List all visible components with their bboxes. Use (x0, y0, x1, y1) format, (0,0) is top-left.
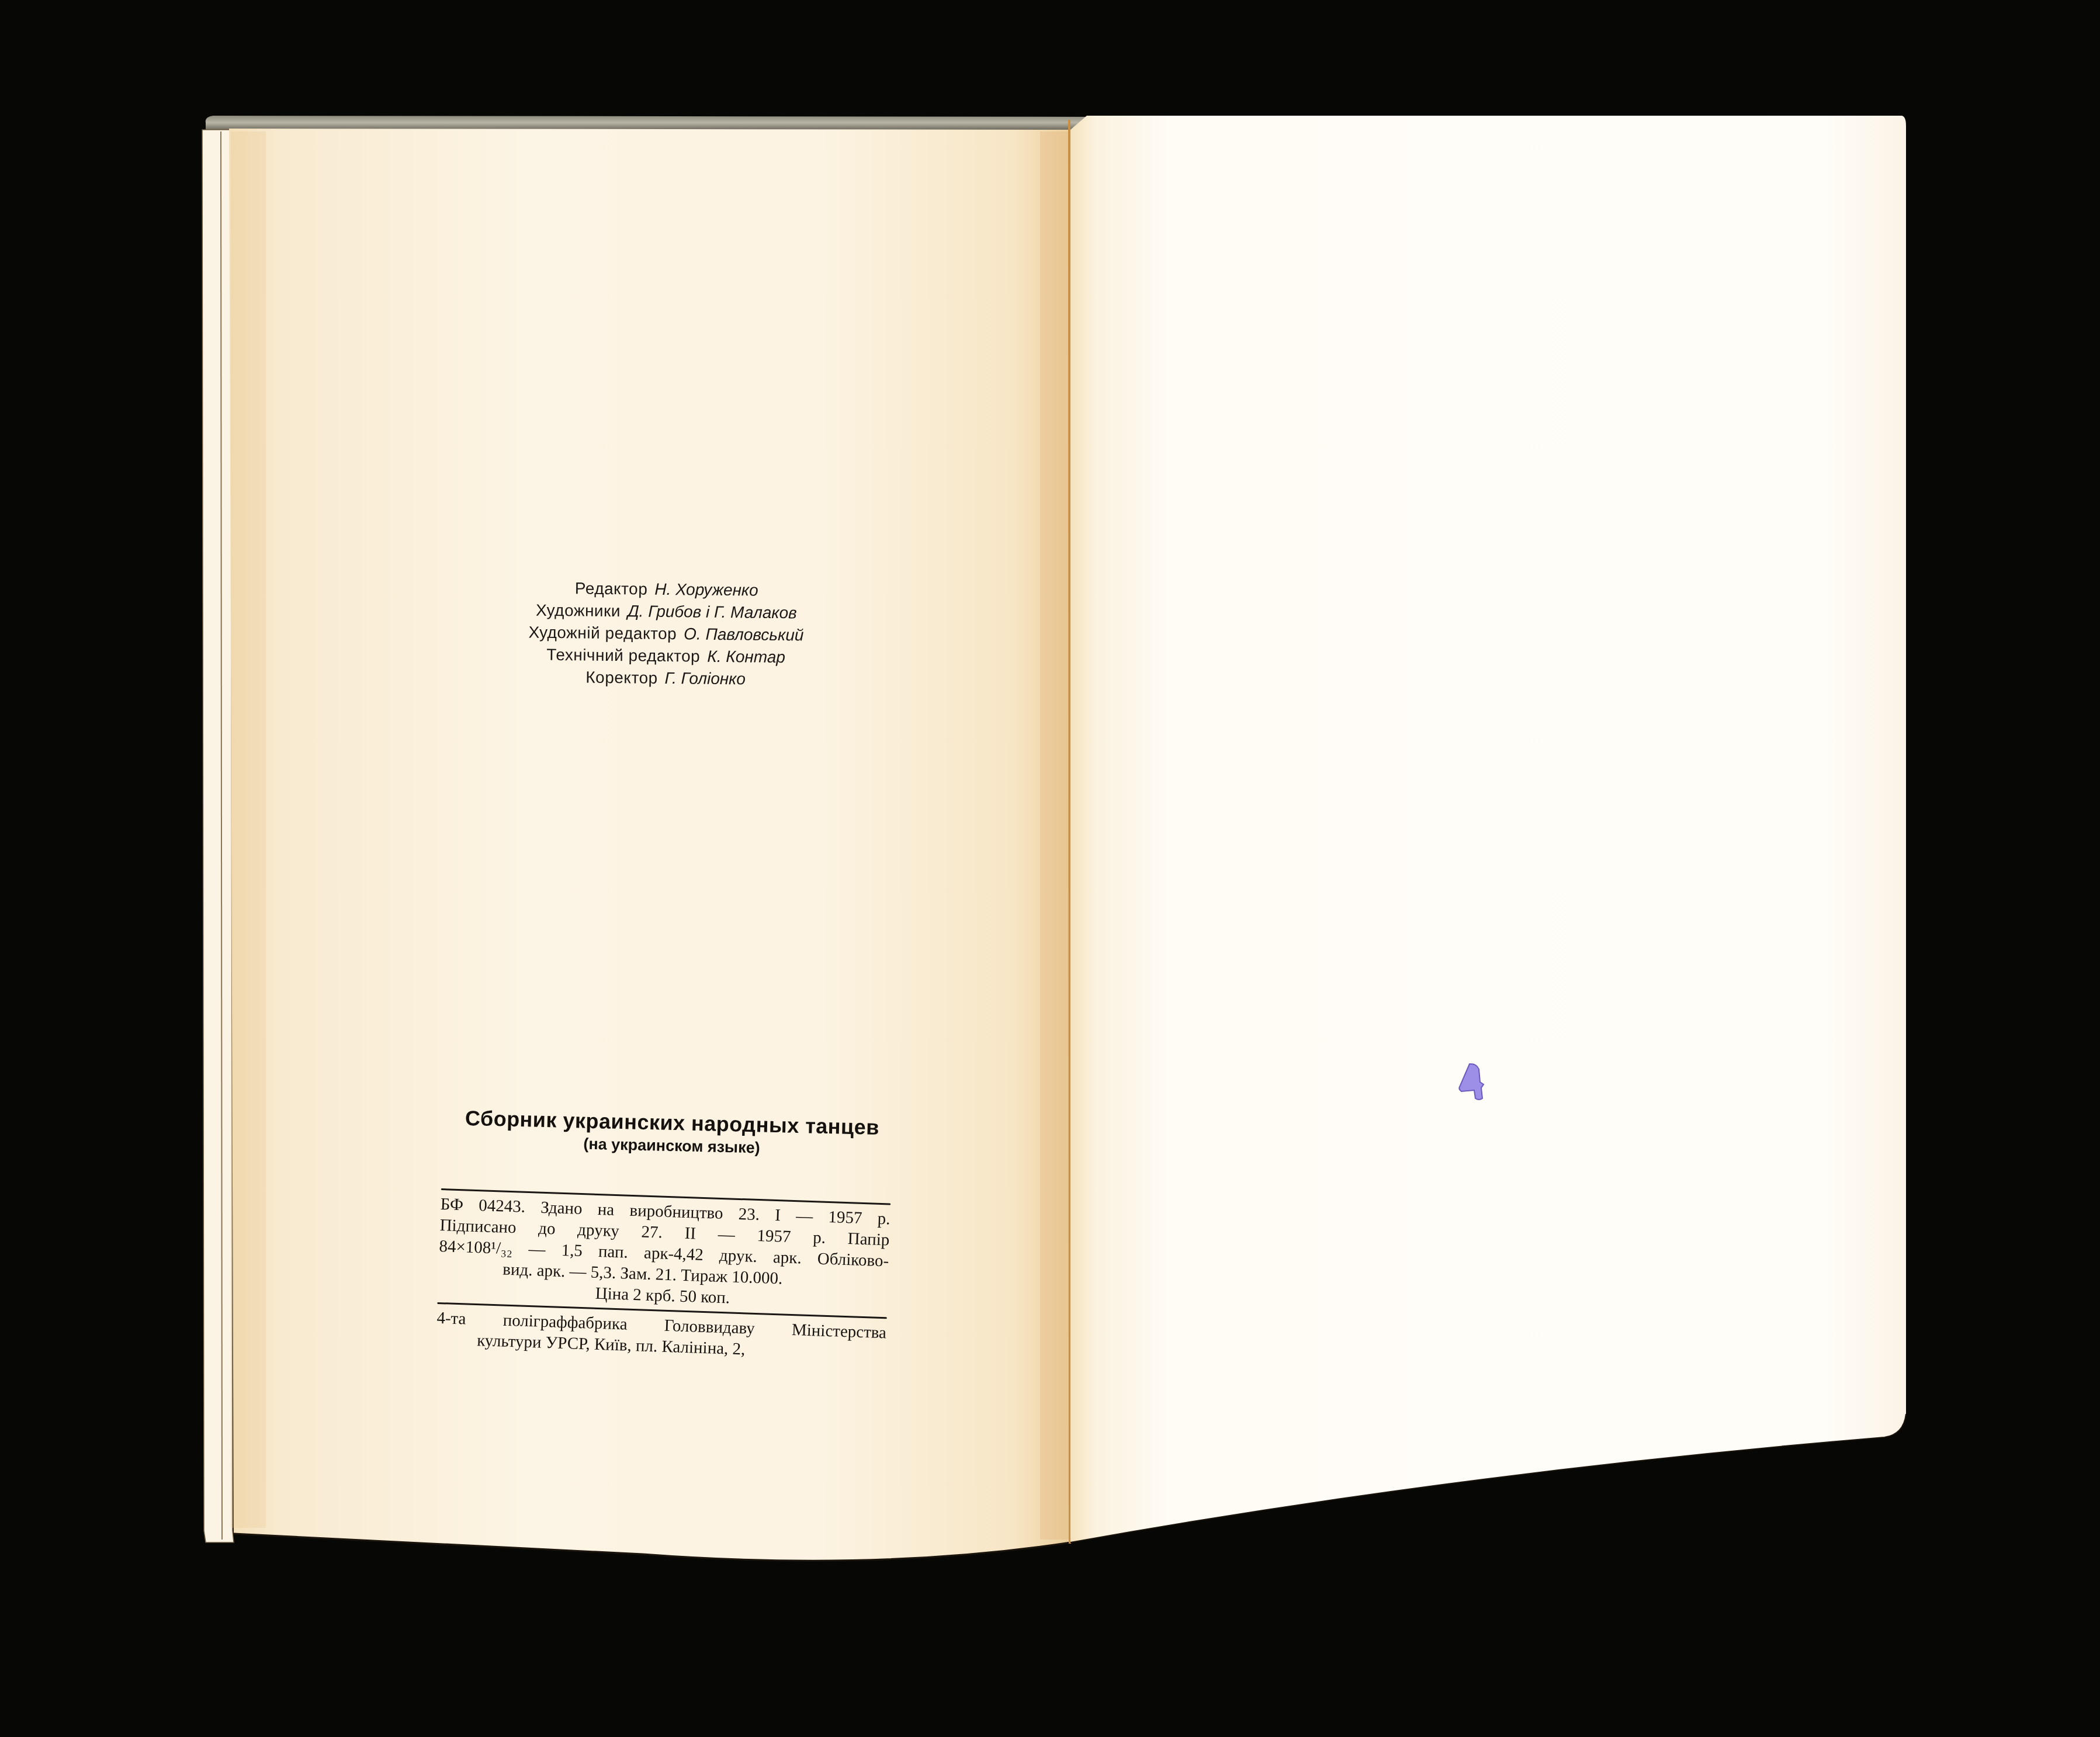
credits-block: РедакторН. Хоруженко ХудожникиД. Грибов … (479, 577, 854, 692)
credit-person: Г. Голіонко (664, 669, 746, 688)
credit-role: Художній редактор (528, 623, 677, 643)
credit-line: КоректорГ. Голіонко (479, 665, 853, 692)
imprint-block: БФ 04243. Здано на виробництво 23. I — 1… (436, 1185, 891, 1364)
credit-line: Художній редакторО. Павловський (479, 621, 853, 647)
credit-role: Коректор (585, 668, 658, 687)
credit-person: К. Контар (707, 647, 785, 666)
purple-ink-mark-4 (1453, 1062, 1488, 1103)
credit-role: Художники (536, 601, 621, 620)
left-page-text: РедакторН. Хоруженко ХудожникиД. Грибов … (0, 0, 2100, 1737)
book-spread-photo: РедакторН. Хоруженко ХудожникиД. Грибов … (0, 0, 2100, 1737)
credit-person: Н. Хоруженко (654, 580, 758, 599)
credit-line: Технічний редакторК. Контар (479, 643, 853, 670)
credit-person: О. Павловський (684, 625, 804, 644)
credit-person: Д. Грибов і Г. Малаков (628, 602, 797, 622)
credit-role: Редактор (575, 579, 648, 598)
book-title-block: Сборник украинских народных танцев (на у… (461, 1105, 883, 1160)
credit-line: РедакторН. Хоруженко (480, 577, 854, 603)
credit-role: Технічний редактор (546, 646, 700, 665)
credit-line: ХудожникиД. Грибов і Г. Малаков (479, 599, 853, 625)
